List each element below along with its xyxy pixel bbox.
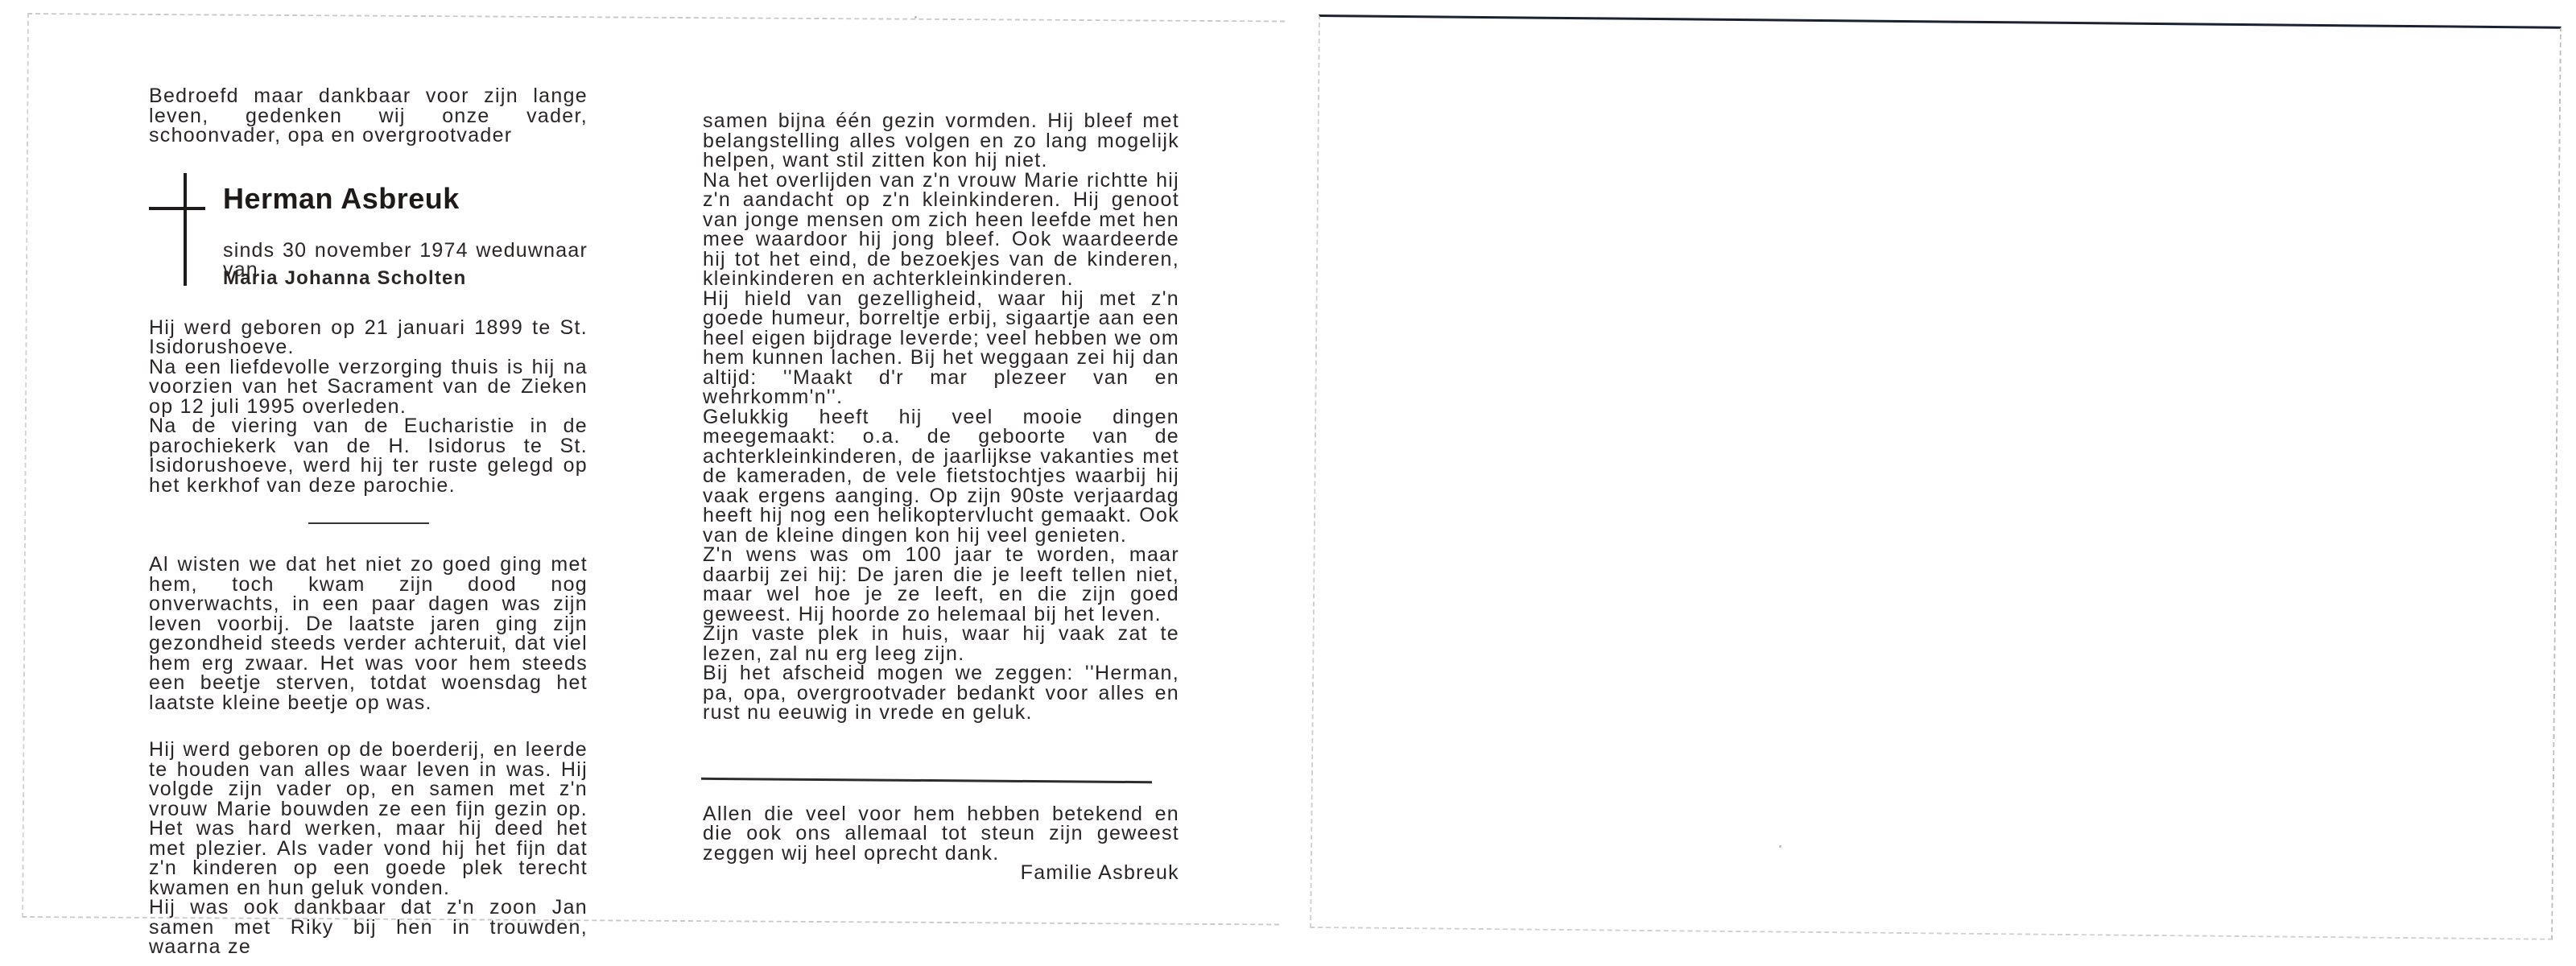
death-fact: Na een liefdevolle verzorging thuis is h…	[149, 357, 588, 417]
burial-fact: Na de viering van de Eucharistie in de p…	[149, 416, 588, 495]
facts-section: Hij werd geboren op 21 januari 1899 te S…	[149, 318, 588, 496]
thanks-text: Allen die veel voor hem hebben betekend …	[703, 804, 1179, 864]
divider	[701, 777, 1152, 782]
story-paragraph: samen bijna één gezin vormden. Hij bleef…	[703, 111, 1179, 171]
story-paragraph: Al wisten we dat het niet zo goed ging m…	[149, 555, 588, 712]
story-paragraph: Hij was ook dankbaar dat z'n zoon Jan sa…	[149, 898, 588, 957]
memorial-card-back	[1310, 14, 2562, 940]
spouse-name: Maria Johanna Scholten	[223, 269, 466, 289]
right-column: samen bijna één gezin vormden. Hij bleef…	[703, 111, 1179, 883]
story-paragraph: Bij het afscheid mogen we zeggen: ''Herm…	[703, 663, 1179, 723]
intro-text: Bedroefd maar dankbaar voor zijn lange l…	[149, 86, 588, 146]
deceased-header: Herman Asbreuk sinds 30 november 1974 we…	[149, 173, 588, 294]
story-paragraph: Hij hield van gezelligheid, waar hij met…	[703, 289, 1179, 407]
paper-speck	[1779, 845, 1781, 848]
story-paragraph: Na het overlijden van z'n vrouw Marie ri…	[703, 171, 1179, 289]
divider	[308, 522, 429, 524]
deceased-name: Herman Asbreuk	[223, 189, 460, 209]
story-paragraph: Hij werd geboren op de boerderij, en lee…	[149, 740, 588, 898]
story-paragraph: Gelukkig heeft hij veel mooie dingen mee…	[703, 407, 1179, 546]
signature: Familie Asbreuk	[703, 863, 1179, 883]
paper-speck	[914, 16, 917, 19]
story-paragraph: Z'n wens was om 100 jaar te worden, maar…	[703, 545, 1179, 624]
left-column: Bedroefd maar dankbaar voor zijn lange l…	[149, 86, 588, 957]
birth-fact: Hij werd geboren op 21 januari 1899 te S…	[149, 318, 588, 357]
story-paragraph: Zijn vaste plek in huis, waar hij vaak z…	[703, 624, 1179, 663]
